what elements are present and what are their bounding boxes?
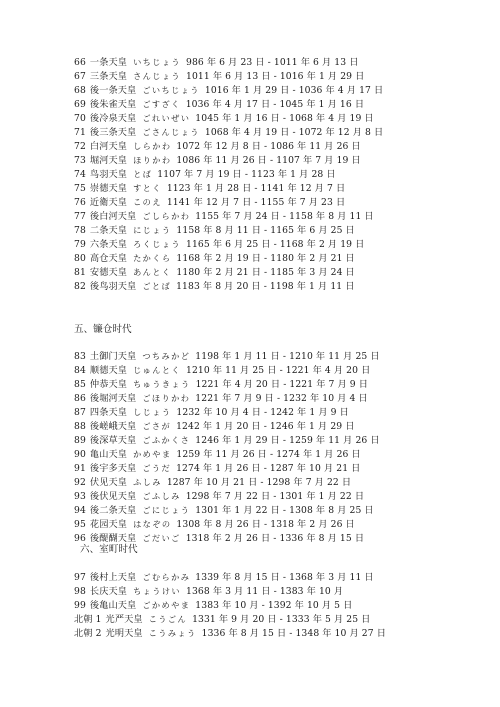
emperor-number: 77 — [74, 211, 86, 222]
emperor-name: 土御门天皇 — [90, 351, 136, 362]
emperor-kana: ほりかわ — [133, 155, 171, 165]
emperor-entry: 72白河天皇しらかわ1072 年 12 月 8 日 - 1086 年 11 月 … — [74, 139, 474, 153]
reign-dates: 1107 年 7 月 19 日 - 1123 年 1 月 28 日 — [157, 169, 335, 180]
emperor-entry: 80高仓天皇たかくら1168 年 2 月 19 日 - 1180 年 2 月 2… — [74, 251, 474, 265]
emperor-kana: こうごん — [149, 614, 187, 624]
emperor-kana: ごふしみ — [142, 491, 180, 501]
reign-dates: 1180 年 2 月 21 日 - 1185 年 3 月 24 日 — [176, 267, 354, 278]
emperor-name: 高仓天皇 — [90, 253, 127, 264]
reign-dates: 1274 年 1 月 26 日 - 1287 年 10 月 21 日 — [176, 463, 360, 474]
emperor-kana: ごすざく — [142, 99, 180, 109]
emperor-number: 北朝 1 — [74, 614, 102, 625]
emperor-number: 73 — [74, 155, 86, 166]
emperor-kana: ごふかくさ — [142, 435, 190, 445]
emperor-kana: ごうだ — [142, 463, 171, 473]
emperor-name: 後朱雀天皇 — [90, 99, 136, 110]
emperor-entry: 北朝 1光严天皇こうごん1331 年 9 月 20 日 - 1333 年 5 月… — [74, 612, 474, 626]
emperor-name: 後伏见天皇 — [90, 491, 136, 502]
emperor-entry: 83土御门天皇つちみかど1198 年 1 月 11 日 - 1210 年 11 … — [74, 349, 474, 363]
emperor-number: 82 — [74, 281, 86, 292]
emperor-number: 87 — [74, 407, 86, 418]
emperor-entry: 95花园天皇はなぞの1308 年 8 月 26 日 - 1318 年 2 月 2… — [74, 517, 474, 531]
emperor-kana: とば — [133, 169, 152, 179]
reign-dates: 1246 年 1 月 29 日 - 1259 年 11 月 26 日 — [195, 435, 379, 446]
emperor-kana: ごかめやま — [142, 600, 190, 610]
emperor-number: 83 — [74, 351, 86, 362]
emperor-name: 三条天皇 — [90, 71, 127, 82]
emperor-kana: ちゅうきょう — [133, 379, 191, 389]
emperor-kana: かめやま — [133, 449, 171, 459]
emperor-list-heian: 66一条天皇いちじょう986 年 6 月 23 日 - 1011 年 6 月 1… — [74, 55, 474, 293]
reign-dates: 1221 年 4 月 20 日 - 1221 年 7 月 9 日 — [196, 379, 368, 390]
emperor-kana: たかくら — [133, 253, 171, 263]
reign-dates: 1298 年 7 月 22 日 - 1301 年 1 月 22 日 — [186, 491, 364, 502]
emperor-name: 顺德天皇 — [90, 365, 127, 376]
reign-dates: 1287 年 10 月 21 日 - 1298 年 7 月 22 日 — [167, 477, 351, 488]
emperor-entry: 84顺德天皇じゅんとく1210 年 11 月 25 日 - 1221 年 4 月… — [74, 363, 474, 377]
reign-dates: 1141 年 12 月 7 日 - 1155 年 7 月 23 日 — [167, 197, 345, 208]
emperor-kana: ごいちじょう — [142, 85, 200, 95]
emperor-entry: 71後三条天皇ごさんじょう1068 年 4 月 19 日 - 1072 年 12… — [74, 125, 474, 139]
emperor-number: 94 — [74, 505, 86, 516]
emperor-name: 後堀河天皇 — [90, 393, 136, 404]
emperor-kana: ろくじょう — [133, 239, 181, 249]
emperor-number: 70 — [74, 113, 86, 124]
emperor-number: 68 — [74, 85, 86, 96]
reign-dates: 1383 年 10 月 - 1392 年 10 月 5 日 — [195, 600, 352, 611]
reign-dates: 1232 年 10 月 4 日 - 1242 年 1 月 9 日 — [176, 407, 348, 418]
reign-dates: 1072 年 12 月 8 日 - 1086 年 11 月 26 日 — [176, 141, 360, 152]
emperor-entry: 86後堀河天皇ごほりかわ1221 年 7 月 9 日 - 1232 年 10 月… — [74, 391, 474, 405]
emperor-kana: にじょう — [133, 225, 171, 235]
emperor-name: 後三条天皇 — [90, 127, 136, 138]
emperor-entry: 74鸟羽天皇とば1107 年 7 月 19 日 - 1123 年 1 月 28 … — [74, 167, 474, 181]
emperor-name: 後亀山天皇 — [90, 600, 136, 611]
emperor-kana: あんとく — [133, 267, 171, 277]
emperor-entry: 79六条天皇ろくじょう1165 年 6 月 25 日 - 1168 年 2 月 … — [74, 237, 474, 251]
emperor-kana: ごにじょう — [142, 505, 190, 515]
emperor-kana: ごさが — [142, 421, 171, 431]
reign-dates: 1221 年 7 月 9 日 - 1232 年 10 月 4 日 — [195, 393, 367, 404]
emperor-name: 後宇多天皇 — [90, 463, 136, 474]
reign-dates: 1242 年 1 月 20 日 - 1246 年 1 月 29 日 — [176, 421, 354, 432]
emperor-list-muromachi: 97後村上天皇ごむらかみ1339 年 8 月 15 日 - 1368 年 3 月… — [74, 570, 474, 640]
reign-dates: 1301 年 1 月 22 日 - 1308 年 8 月 25 日 — [195, 505, 373, 516]
emperor-number: 71 — [74, 127, 86, 138]
emperor-name: 崇德天皇 — [90, 183, 127, 194]
emperor-number: 91 — [74, 463, 86, 474]
emperor-number: 90 — [74, 449, 86, 460]
emperor-kana: しじょう — [133, 407, 171, 417]
emperor-number: 76 — [74, 197, 86, 208]
emperor-entry: 73堀河天皇ほりかわ1086 年 11 月 26 日 - 1107 年 7 月 … — [74, 153, 474, 167]
emperor-kana: しらかわ — [133, 141, 171, 151]
emperor-entry: 90亀山天皇かめやま1259 年 11 月 26 日 - 1274 年 1 月 … — [74, 447, 474, 461]
reign-dates: 1183 年 8 月 20 日 - 1198 年 1 月 11 日 — [176, 281, 354, 292]
emperor-name: 後嵯峨天皇 — [90, 421, 136, 432]
emperor-name: 後冷泉天皇 — [90, 113, 136, 124]
emperor-number: 95 — [74, 519, 86, 530]
emperor-name: 後村上天皇 — [90, 572, 136, 583]
reign-dates: 1198 年 1 月 11 日 - 1210 年 11 月 25 日 — [195, 351, 379, 362]
emperor-entry: 85仲恭天皇ちゅうきょう1221 年 4 月 20 日 - 1221 年 7 月… — [74, 377, 474, 391]
emperor-entry: 88後嵯峨天皇ごさが1242 年 1 月 20 日 - 1246 年 1 月 2… — [74, 419, 474, 433]
emperor-number: 89 — [74, 435, 86, 446]
emperor-kana: ごむらかみ — [142, 572, 190, 582]
reign-dates: 1068 年 4 月 19 日 - 1072 年 12 月 8 日 — [205, 127, 383, 138]
emperor-number: 84 — [74, 365, 86, 376]
emperor-kana: ごしらかわ — [142, 211, 190, 221]
emperor-name: 一条天皇 — [90, 57, 127, 68]
emperor-kana: ごほりかわ — [142, 393, 190, 403]
emperor-entry: 94後二条天皇ごにじょう1301 年 1 月 22 日 - 1308 年 8 月… — [74, 503, 474, 517]
reign-dates: 1045 年 1 月 16 日 - 1068 年 4 月 19 日 — [195, 113, 373, 124]
emperor-kana: すとく — [133, 183, 162, 193]
reign-dates: 1308 年 8 月 26 日 - 1318 年 2 月 26 日 — [176, 519, 354, 530]
reign-dates: 1036 年 4 月 17 日 - 1045 年 1 月 16 日 — [186, 99, 364, 110]
reign-dates: 1016 年 1 月 29 日 - 1036 年 4 月 17 日 — [205, 85, 383, 96]
emperor-number: 97 — [74, 572, 86, 583]
reign-dates: 1368 年 3 月 11 日 - 1383 年 10 月 — [186, 586, 343, 597]
emperor-name: 鸟羽天皇 — [90, 169, 127, 180]
emperor-name: 伏见天皇 — [90, 477, 127, 488]
emperor-kana: ごさんじょう — [142, 127, 200, 137]
emperor-name: 近衛天皇 — [90, 197, 127, 208]
emperor-entry: 82後鸟羽天皇ごとば1183 年 8 月 20 日 - 1198 年 1 月 1… — [74, 279, 474, 293]
emperor-number: 79 — [74, 239, 86, 250]
emperor-entry: 68後一条天皇ごいちじょう1016 年 1 月 29 日 - 1036 年 4 … — [74, 83, 474, 97]
emperor-entry: 69後朱雀天皇ごすざく1036 年 4 月 17 日 - 1045 年 1 月 … — [74, 97, 474, 111]
emperor-name: 安德天皇 — [90, 267, 127, 278]
emperor-entry: 92伏见天皇ふしみ1287 年 10 月 21 日 - 1298 年 7 月 2… — [74, 475, 474, 489]
emperor-name: 四条天皇 — [90, 407, 127, 418]
emperor-number: 69 — [74, 99, 86, 110]
emperor-entry: 66一条天皇いちじょう986 年 6 月 23 日 - 1011 年 6 月 1… — [74, 55, 474, 69]
section-title-muromachi: 六、室町时代 — [80, 543, 138, 557]
emperor-kana: いちじょう — [133, 57, 181, 67]
emperor-name: 长庆天皇 — [90, 586, 127, 597]
reign-dates: 1210 年 11 月 25 日 - 1221 年 4 月 20 日 — [186, 365, 370, 376]
emperor-entry: 98长庆天皇ちょうけい1368 年 3 月 11 日 - 1383 年 10 月 — [74, 584, 474, 598]
emperor-entry: 91後宇多天皇ごうだ1274 年 1 月 26 日 - 1287 年 10 月 … — [74, 461, 474, 475]
emperor-kana: ごとば — [142, 281, 171, 291]
emperor-name: 仲恭天皇 — [90, 379, 127, 390]
section-title-kamakura: 五、镰仓时代 — [74, 323, 132, 337]
emperor-number: 98 — [74, 586, 86, 597]
emperor-entry: 76近衛天皇このえ1141 年 12 月 7 日 - 1155 年 7 月 23… — [74, 195, 474, 209]
emperor-number: 74 — [74, 169, 86, 180]
emperor-entry: 89後深草天皇ごふかくさ1246 年 1 月 29 日 - 1259 年 11 … — [74, 433, 474, 447]
emperor-entry: 93後伏见天皇ごふしみ1298 年 7 月 22 日 - 1301 年 1 月 … — [74, 489, 474, 503]
emperor-entry: 81安德天皇あんとく1180 年 2 月 21 日 - 1185 年 3 月 2… — [74, 265, 474, 279]
emperor-number: 北朝 2 — [74, 628, 102, 639]
emperor-name: 二条天皇 — [90, 225, 127, 236]
reign-dates: 1123 年 1 月 28 日 - 1141 年 12 月 7 日 — [167, 183, 345, 194]
reign-dates: 1011 年 6 月 13 日 - 1016 年 1 月 29 日 — [186, 71, 364, 82]
emperor-name: 花园天皇 — [90, 519, 127, 530]
document-page: 66一条天皇いちじょう986 年 6 月 23 日 - 1011 年 6 月 1… — [0, 0, 500, 707]
reign-dates: 1086 年 11 月 26 日 - 1107 年 7 月 19 日 — [176, 155, 360, 166]
reign-dates: 986 年 6 月 23 日 - 1011 年 6 月 13 日 — [186, 57, 358, 68]
emperor-name: 後二条天皇 — [90, 505, 136, 516]
emperor-name: 後一条天皇 — [90, 85, 136, 96]
emperor-kana: このえ — [133, 197, 162, 207]
emperor-kana: さんじょう — [133, 71, 181, 81]
emperor-number: 72 — [74, 141, 86, 152]
emperor-name: 光严天皇 — [106, 614, 143, 625]
emperor-kana: こうみょう — [149, 628, 197, 638]
reign-dates: 1336 年 8 月 15 日 - 1348 年 10 月 27 日 — [202, 628, 386, 639]
emperor-entry: 77後白河天皇ごしらかわ1155 年 7 月 24 日 - 1158 年 8 月… — [74, 209, 474, 223]
emperor-kana: ごれいぜい — [142, 113, 190, 123]
emperor-name: 白河天皇 — [90, 141, 127, 152]
emperor-number: 78 — [74, 225, 86, 236]
emperor-kana: じゅんとく — [133, 365, 181, 375]
emperor-entry: 67三条天皇さんじょう1011 年 6 月 13 日 - 1016 年 1 月 … — [74, 69, 474, 83]
emperor-kana: ふしみ — [133, 477, 162, 487]
emperor-kana: はなぞの — [133, 519, 171, 529]
reign-dates: 1168 年 2 月 19 日 - 1180 年 2 月 21 日 — [176, 253, 354, 264]
reign-dates: 1259 年 11 月 26 日 - 1274 年 1 月 26 日 — [176, 449, 360, 460]
emperor-name: 後白河天皇 — [90, 211, 136, 222]
emperor-number: 99 — [74, 600, 86, 611]
emperor-number: 88 — [74, 421, 86, 432]
reign-dates: 1331 年 9 月 20 日 - 1333 年 5 月 25 日 — [192, 614, 370, 625]
emperor-entry: 78二条天皇にじょう1158 年 8 月 11 日 - 1165 年 6 月 2… — [74, 223, 474, 237]
emperor-number: 67 — [74, 71, 86, 82]
emperor-number: 85 — [74, 379, 86, 390]
emperor-name: 六条天皇 — [90, 239, 127, 250]
emperor-entry: 87四条天皇しじょう1232 年 10 月 4 日 - 1242 年 1 月 9… — [74, 405, 474, 419]
reign-dates: 1158 年 8 月 11 日 - 1165 年 6 月 25 日 — [176, 225, 354, 236]
emperor-name: 後深草天皇 — [90, 435, 136, 446]
reign-dates: 1318 年 2 月 26 日 - 1336 年 8 月 15 日 — [186, 533, 364, 544]
emperor-entry: 北朝 2光明天皇こうみょう1336 年 8 月 15 日 - 1348 年 10… — [74, 626, 474, 640]
reign-dates: 1339 年 8 月 15 日 - 1368 年 3 月 11 日 — [195, 572, 373, 583]
emperor-name: 堀河天皇 — [90, 155, 127, 166]
reign-dates: 1155 年 7 月 24 日 - 1158 年 8 月 11 日 — [195, 211, 373, 222]
emperor-entry: 99後亀山天皇ごかめやま1383 年 10 月 - 1392 年 10 月 5 … — [74, 598, 474, 612]
emperor-kana: ごだいご — [142, 533, 180, 543]
emperor-list-kamakura: 83土御门天皇つちみかど1198 年 1 月 11 日 - 1210 年 11 … — [74, 349, 474, 545]
emperor-number: 80 — [74, 253, 86, 264]
emperor-name: 後鸟羽天皇 — [90, 281, 136, 292]
emperor-number: 86 — [74, 393, 86, 404]
emperor-number: 92 — [74, 477, 86, 488]
emperor-number: 75 — [74, 183, 86, 194]
reign-dates: 1165 年 6 月 25 日 - 1168 年 2 月 19 日 — [186, 239, 364, 250]
emperor-name: 光明天皇 — [106, 628, 143, 639]
emperor-number: 93 — [74, 491, 86, 502]
emperor-number: 81 — [74, 267, 86, 278]
emperor-name: 亀山天皇 — [90, 449, 127, 460]
emperor-number: 66 — [74, 57, 86, 68]
emperor-kana: つちみかど — [142, 351, 190, 361]
emperor-kana: ちょうけい — [133, 586, 181, 596]
emperor-entry: 70後冷泉天皇ごれいぜい1045 年 1 月 16 日 - 1068 年 4 月… — [74, 111, 474, 125]
emperor-entry: 97後村上天皇ごむらかみ1339 年 8 月 15 日 - 1368 年 3 月… — [74, 570, 474, 584]
emperor-entry: 75崇德天皇すとく1123 年 1 月 28 日 - 1141 年 12 月 7… — [74, 181, 474, 195]
